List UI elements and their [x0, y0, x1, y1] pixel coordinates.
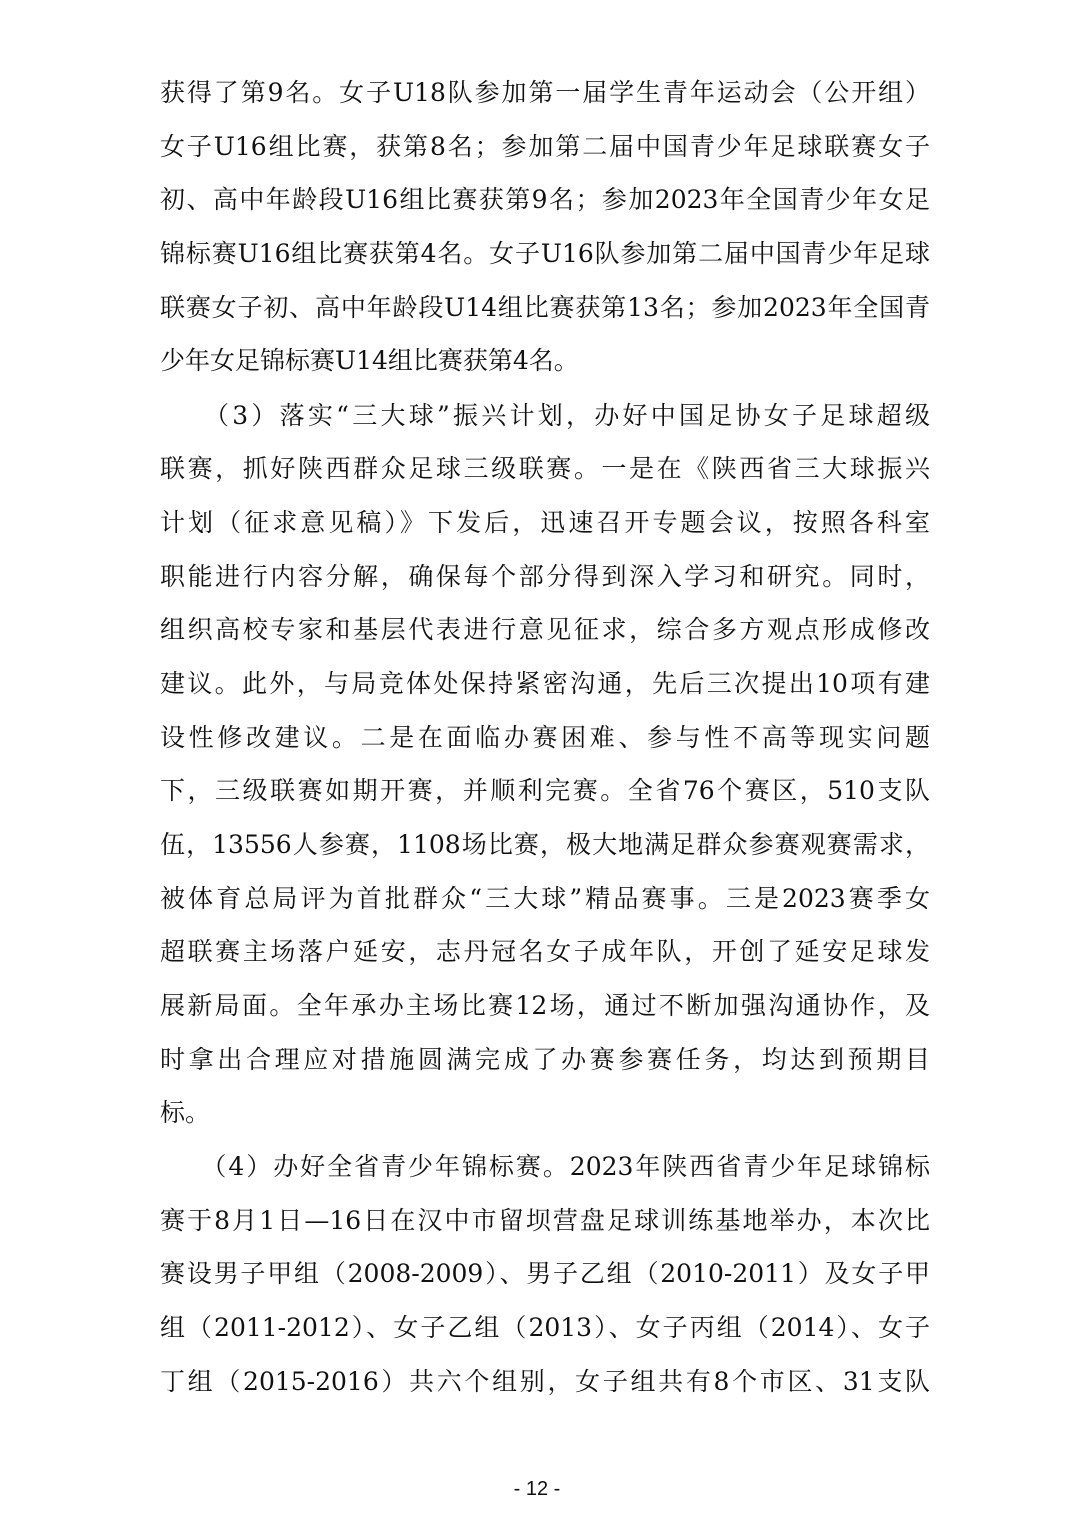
- text-line: 女子U16组比赛，获第8名；参加第二届中国青少年足球联赛女子: [160, 127, 930, 167]
- text-line: 少年女足锦标赛U14组比赛获第4名。: [160, 341, 930, 381]
- text-line: 赛于8月1日—16日在汉中市留坝营盘足球训练基地举办，本次比: [160, 1201, 930, 1241]
- text-line: 职能进行内容分解，确保每个部分得到深入学习和研究。同时，: [160, 557, 930, 597]
- text-line: 联赛女子初、高中年龄段U14组比赛获第13名；参加2023年全国青: [160, 288, 930, 328]
- text-line: 被体育总局评为首批群众“三大球”精品赛事。三是2023赛季女: [160, 879, 930, 919]
- text-line: 下，三级联赛如期开赛，并顺利完赛。全省76个赛区，510支队: [160, 771, 930, 811]
- text-line: 丁组（2015-2016）共六个组别，女子组共有8个市区、31支队: [160, 1362, 930, 1402]
- text-line: 标。: [160, 1093, 930, 1133]
- text-line: 初、高中年龄段U16组比赛获第9名；参加2023年全国青少年女足: [160, 180, 930, 220]
- text-line: （4）办好全省青少年锦标赛。2023年陕西省青少年足球锦标: [160, 1147, 930, 1187]
- text-line: 锦标赛U16组比赛获第4名。女子U16队参加第二届中国青少年足球: [160, 234, 930, 274]
- page-number: - 12 -: [0, 1478, 1074, 1501]
- text-line: 组织高校专家和基层代表进行意见征求，综合多方观点形成修改: [160, 610, 930, 650]
- text-line: 超联赛主场落户延安，志丹冠名女子成年队，开创了延安足球发: [160, 932, 930, 972]
- text-line: 时拿出合理应对措施圆满完成了办赛参赛任务，均达到预期目: [160, 1040, 930, 1080]
- text-line: 伍，13556人参赛，1108场比赛，极大地满足群众参赛观赛需求，: [160, 825, 930, 865]
- text-line: 设性修改建议。二是在面临办赛困难、参与性不高等现实问题: [160, 718, 930, 758]
- text-line: 组（2011-2012）、女子乙组（2013）、女子丙组（2014）、女子: [160, 1308, 930, 1348]
- text-line: 建议。此外，与局竞体处保持紧密沟通，先后三次提出10项有建: [160, 664, 930, 704]
- text-line: 计划（征求意见稿）》下发后，迅速召开专题会议，按照各科室: [160, 503, 930, 543]
- text-line: 获得了第9名。女子U18队参加第一届学生青年运动会（公开组）: [160, 73, 930, 113]
- text-line: 联赛，抓好陕西群众足球三级联赛。一是在《陕西省三大球振兴: [160, 449, 930, 489]
- text-line: （3）落实“三大球”振兴计划，办好中国足协女子足球超级: [160, 396, 930, 436]
- text-line: 展新局面。全年承办主场比赛12场，通过不断加强沟通协作，及: [160, 986, 930, 1026]
- document-page: 获得了第9名。女子U18队参加第一届学生青年运动会（公开组）女子U16组比赛，获…: [0, 0, 1074, 1520]
- text-line: 赛设男子甲组（2008-2009）、男子乙组（2010-2011）及女子甲: [160, 1254, 930, 1294]
